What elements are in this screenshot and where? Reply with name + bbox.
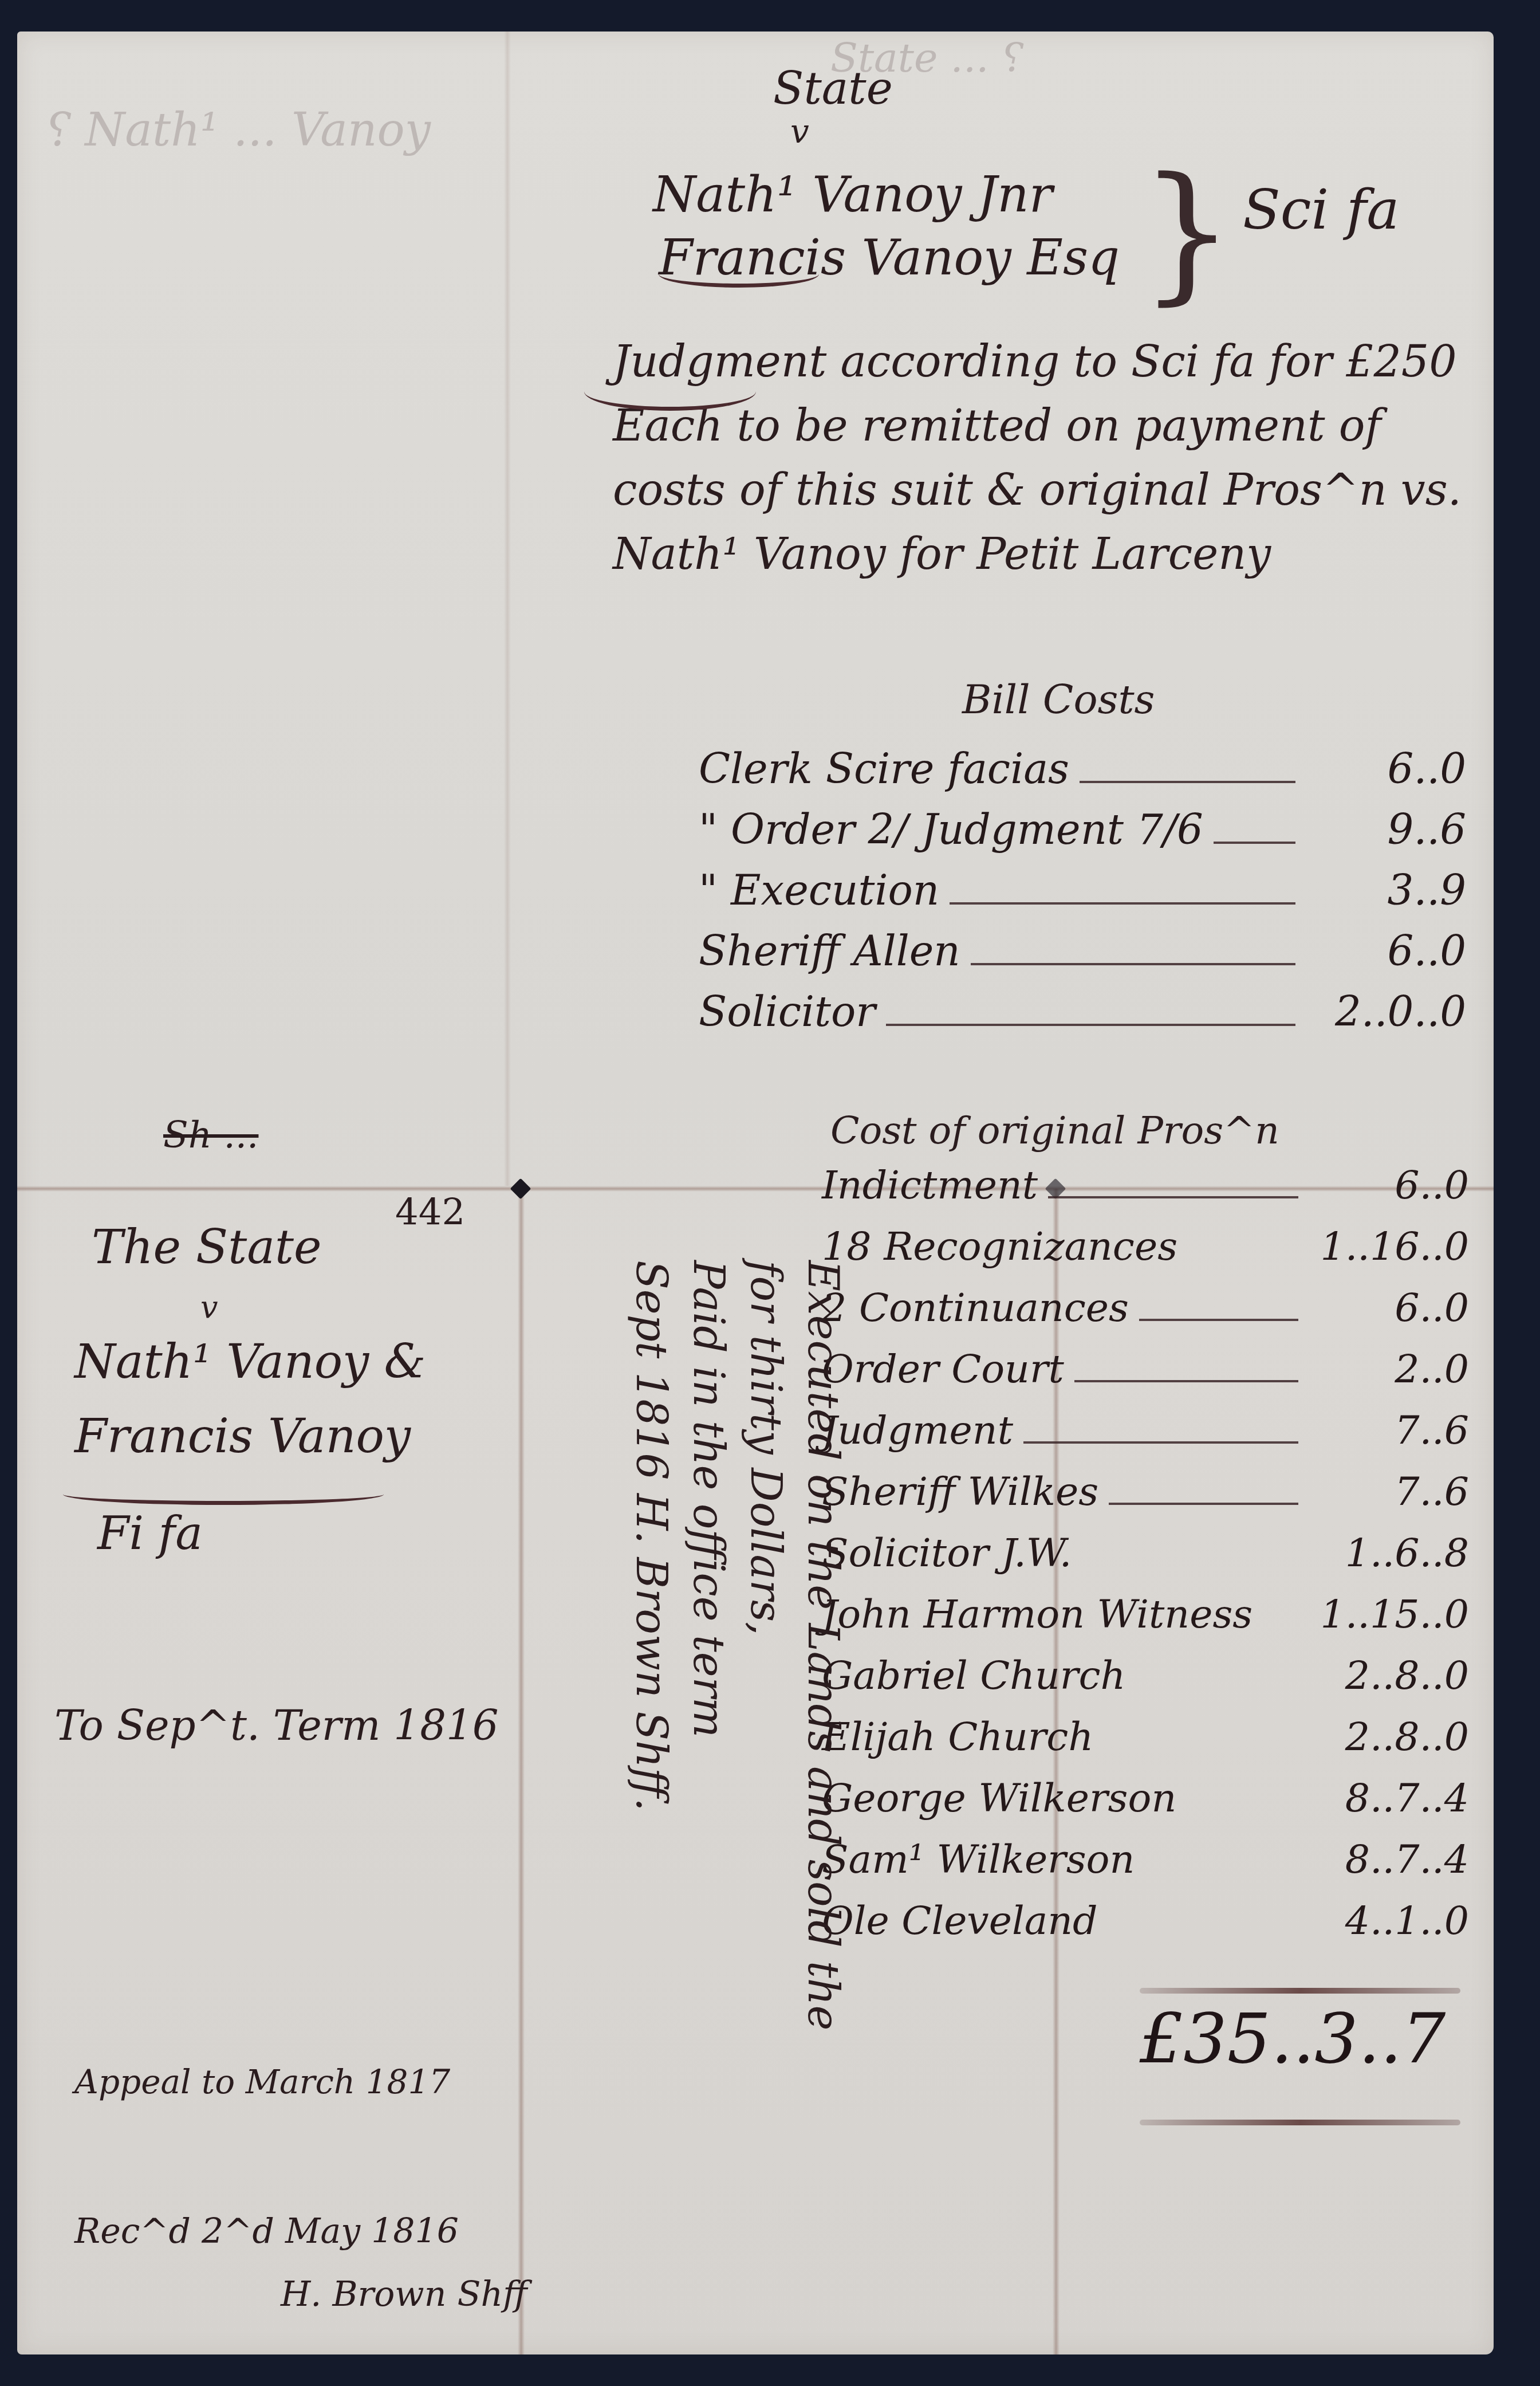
cost-row: George Wilkerson8..7..4	[822, 1776, 1469, 1837]
bill-costs-title: Bill Costs	[962, 676, 1155, 723]
leader-line	[1048, 1196, 1298, 1198]
cost-amount: 6..0	[1306, 927, 1466, 975]
leader-line	[950, 902, 1295, 905]
cost-amount: 6..0	[1309, 1286, 1469, 1331]
bill-costs-table: Clerk Scire facias 6..0 " Order 2/ Judgm…	[699, 745, 1466, 1048]
sheriff-signature: H. Brown Shff	[281, 2274, 527, 2314]
docket-writ: Fi fa	[97, 1507, 203, 1560]
cost-item: Judgment	[822, 1408, 1013, 1453]
judgment-text: Judgment according to Sci fa for £250 Ea…	[613, 329, 1472, 586]
original-prosecution-title: Cost of original Pros^n	[830, 1109, 1279, 1153]
leader-line	[1023, 1441, 1298, 1444]
vertical-fold-line-left	[518, 1189, 525, 2354]
cost-amount: 3..9	[1306, 866, 1466, 914]
cost-item: Solicitor J.W.	[822, 1531, 1072, 1576]
cost-amount: 2..8..0	[1309, 1653, 1469, 1699]
total-amount: £35..3..7	[1140, 1999, 1446, 2079]
return-line: Executed on the Lands and sold the	[790, 1260, 848, 2030]
underline-flourish	[659, 261, 819, 288]
docket-defendant-1: Nath¹ Vanoy &	[74, 1335, 426, 1389]
sheriff-return-vertical: Executed on the Lands and sold the for t…	[619, 1260, 848, 2030]
cost-amount: 2..0..0	[1306, 988, 1466, 1036]
caption-brace: }	[1140, 146, 1234, 319]
cost-row: Solicitor J.W.1..6..8	[822, 1531, 1469, 1592]
cost-item: " Order 2/ Judgment 7/6	[699, 805, 1203, 854]
cost-item: Sheriff Wilkes	[822, 1469, 1098, 1515]
cost-amount: 2..0	[1309, 1347, 1469, 1392]
cost-amount: 8..7..4	[1309, 1837, 1469, 1882]
leader-line	[971, 963, 1295, 965]
cost-amount: 1..16..0	[1309, 1224, 1469, 1269]
cost-item: Ole Cleveland	[822, 1898, 1098, 1944]
cost-row: Gabriel Church2..8..0	[822, 1653, 1469, 1715]
caption-versus: v	[790, 112, 809, 151]
docket-plaintiff: The State	[92, 1220, 322, 1275]
cost-row: Sam¹ Wilkerson8..7..4	[822, 1837, 1469, 1898]
docket-crossed-out: Sh ...	[163, 1114, 258, 1157]
bleed-through-text: ⸮ Nath¹ ... Vanoy	[46, 103, 431, 156]
docket-received: Rec^d 2^d May 1816	[74, 2211, 459, 2251]
judgment-flourish	[584, 372, 756, 411]
leader-line	[1139, 1319, 1298, 1321]
return-line: for thirty Dollars,	[733, 1260, 790, 2030]
cost-amount: 4..1..0	[1309, 1898, 1469, 1944]
cost-item: 18 Recognizances	[822, 1224, 1177, 1269]
cost-row: Clerk Scire facias 6..0	[699, 745, 1466, 805]
leader-line	[886, 1024, 1295, 1026]
docket-appeal: Appeal to March 1817	[74, 2062, 450, 2101]
cost-item: Sam¹ Wilkerson	[822, 1837, 1135, 1882]
cost-item: Sheriff Allen	[699, 927, 960, 975]
leader-line	[1109, 1503, 1298, 1505]
cost-row: Solicitor 2..0..0	[699, 988, 1466, 1048]
cost-item: Gabriel Church	[822, 1653, 1125, 1699]
cost-item: Solicitor	[699, 988, 876, 1036]
cost-amount: 2..8..0	[1309, 1715, 1469, 1760]
caption-plaintiff: State	[773, 63, 893, 115]
cost-row: 18 Recognizances1..16..0	[822, 1224, 1469, 1286]
cost-item: Elijah Church	[822, 1715, 1093, 1760]
cost-row: Elijah Church2..8..0	[822, 1715, 1469, 1776]
docket-versus: v	[200, 1289, 218, 1325]
cost-amount: 6..0	[1309, 1163, 1469, 1208]
caption-defendant-1: Nath¹ Vanoy Jnr	[653, 166, 1053, 223]
cost-row: John Harmon Witness1..15..0	[822, 1592, 1469, 1653]
cost-amount: 7..6	[1309, 1408, 1469, 1453]
cost-row: Indictment6..0	[822, 1163, 1469, 1224]
cost-amount: 8..7..4	[1309, 1776, 1469, 1821]
cost-item: Indictment	[822, 1163, 1038, 1208]
docket-term: To Sep^t. Term 1816	[54, 1701, 499, 1750]
cost-row: 2 Continuances6..0	[822, 1286, 1469, 1347]
cost-item: George Wilkerson	[822, 1776, 1176, 1821]
caption-writ: Sci fa	[1243, 178, 1400, 242]
cost-amount: 7..6	[1309, 1469, 1469, 1515]
cost-row: Sheriff Wilkes7..6	[822, 1469, 1469, 1531]
return-line: Paid in the office term	[676, 1260, 733, 2030]
cost-item: Order Court	[822, 1347, 1064, 1392]
cost-amount: 1..15..0	[1309, 1592, 1469, 1637]
cost-amount: 9..6	[1306, 805, 1466, 854]
vertical-fold-line-upper	[504, 32, 511, 1186]
leader-line	[1074, 1380, 1298, 1382]
cost-amount: 6..0	[1306, 745, 1466, 793]
docket-defendant-2: Francis Vanoy	[74, 1409, 411, 1464]
leader-line	[1214, 842, 1295, 844]
cost-item: " Execution	[699, 866, 939, 914]
cost-row: Sheriff Allen 6..0	[699, 927, 1466, 988]
cost-item: John Harmon Witness	[822, 1592, 1253, 1637]
total-rule-bottom	[1140, 2120, 1460, 2125]
cost-row: Judgment7..6	[822, 1408, 1469, 1469]
cost-row: " Order 2/ Judgment 7/6 9..6	[699, 805, 1466, 866]
cost-row: Ole Cleveland4..1..0	[822, 1898, 1469, 1960]
docket-number: 442	[395, 1192, 465, 1234]
return-line: Sept 1816 H. Brown Shff.	[619, 1260, 676, 2030]
docket-underline	[63, 1484, 384, 1505]
cost-item: 2 Continuances	[822, 1286, 1129, 1331]
cost-row: Order Court2..0	[822, 1347, 1469, 1408]
cost-amount: 1..6..8	[1309, 1531, 1469, 1576]
cost-item: Clerk Scire facias	[699, 745, 1069, 793]
total-rule-top	[1140, 1988, 1460, 1994]
original-prosecution-table: Indictment6..0 18 Recognizances1..16..0 …	[822, 1163, 1469, 1960]
cost-row: " Execution 3..9	[699, 866, 1466, 927]
leader-line	[1080, 781, 1295, 783]
